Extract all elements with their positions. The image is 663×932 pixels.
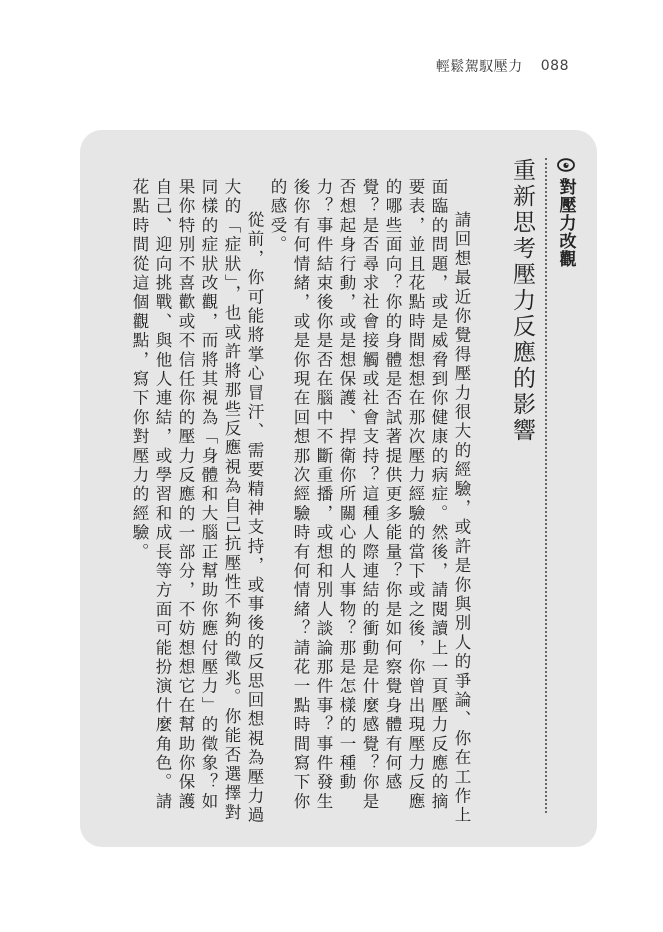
sidebar-label-text: 對壓力改觀	[554, 178, 579, 268]
paragraph: 從前，你可能將掌心冒汗、需要精神支持，或事後的反思回想視為壓力過大的「症狀」，也…	[128, 178, 266, 828]
page-number: 088	[541, 58, 569, 74]
section-title: 重新思考壓力反應的影響	[506, 158, 539, 444]
eye-icon	[557, 158, 575, 172]
sidebar-label: 對壓力改觀	[553, 158, 579, 268]
body-text: 請回想最近你覺得壓力很大的經驗，或許是你與別人的爭論、你在工作上面臨的問題，或是…	[128, 178, 473, 828]
paragraph: 請回想最近你覺得壓力很大的經驗，或許是你與別人的爭論、你在工作上面臨的問題，或是…	[266, 178, 473, 828]
dotted-divider	[545, 158, 547, 813]
running-head: 輕鬆駕馭壓力 088	[436, 56, 569, 76]
book-title: 輕鬆駕馭壓力	[436, 56, 523, 76]
